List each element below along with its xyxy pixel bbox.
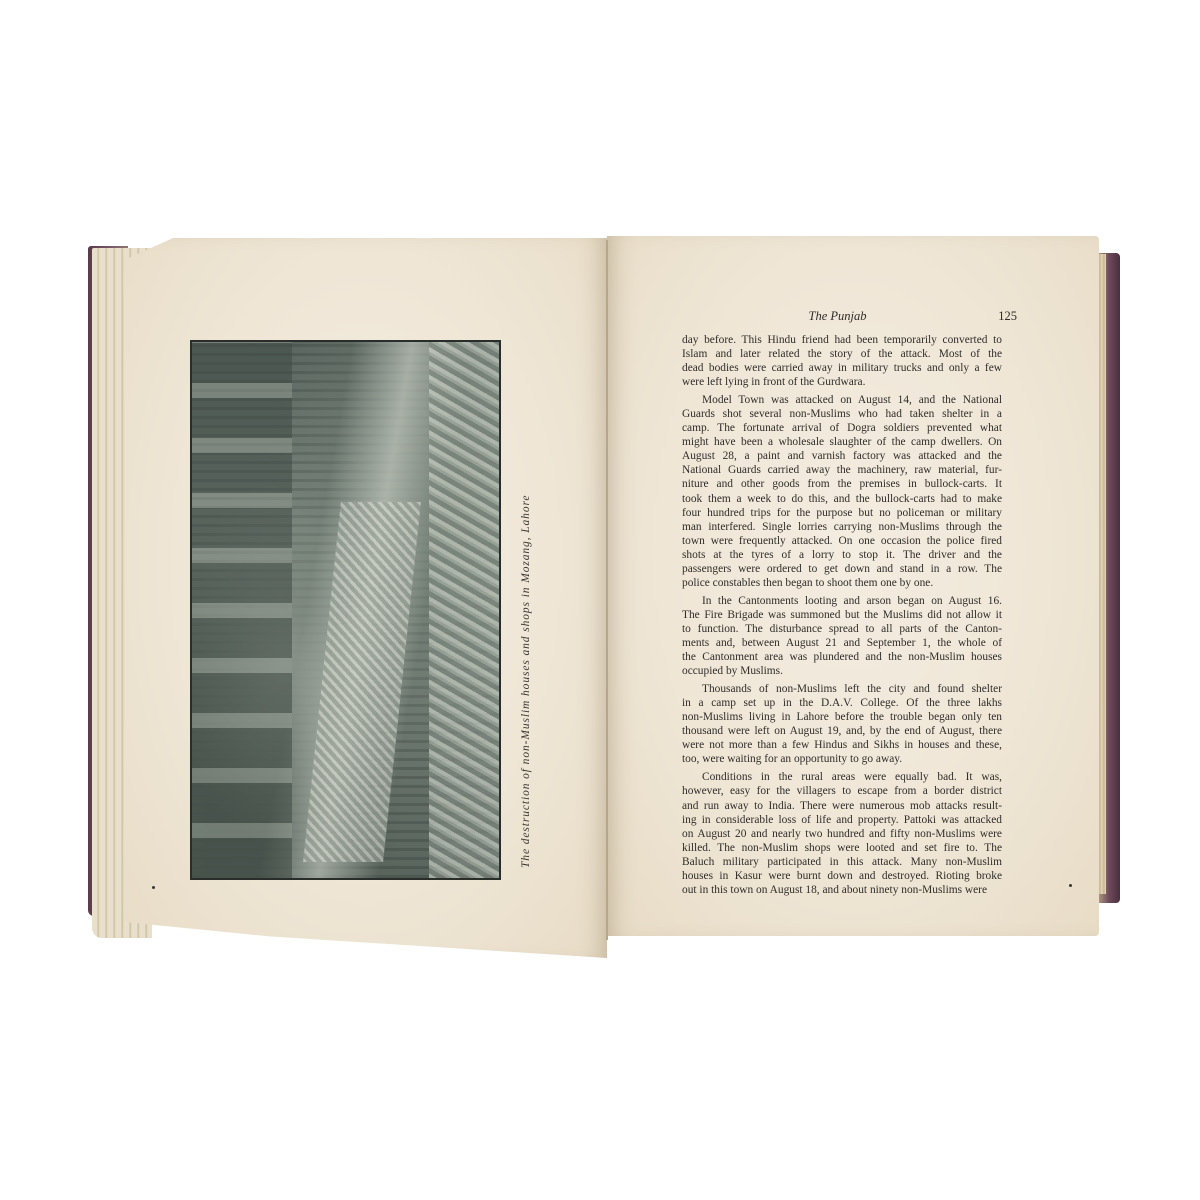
text-line: were left lying in front of the Gurdwara…	[682, 375, 1002, 389]
text-line: took them a week to do this, and the bul…	[682, 492, 1002, 506]
paragraph: Thousands of non-Muslims left the city a…	[682, 682, 1002, 766]
book-gutter	[606, 240, 608, 940]
text-line: National Guards carried away the machine…	[682, 463, 1002, 477]
photo-rubble-street	[303, 502, 421, 862]
text-line: camp. The fortunate arrival of Dogra sol…	[682, 421, 1002, 435]
text-line: non-Muslims living in Lahore before the …	[682, 710, 1002, 724]
text-line: might have been a wholesale slaughter of…	[682, 435, 1002, 449]
text-line: and run away to India. There were numero…	[682, 799, 1002, 813]
text-line: Islam and later related the story of the…	[682, 347, 1002, 361]
text-line: occupied by Muslims.	[682, 664, 1002, 678]
halftone-photograph	[190, 340, 501, 880]
text-line: Conditions in the rural areas were equal…	[682, 770, 1002, 784]
running-head-title: The Punjab	[655, 309, 1020, 324]
text-line: niture and other goods from the premises…	[682, 477, 1002, 491]
text-line: too, were waiting for an opportunity to …	[682, 752, 1002, 766]
text-line: man interfered. Single lorries carrying …	[682, 520, 1002, 534]
text-line: town were frequently attacked. On one oc…	[682, 534, 1002, 548]
paragraph: day before. This Hindu friend had been t…	[682, 333, 1002, 389]
paragraph: Conditions in the rural areas were equal…	[682, 770, 1002, 896]
text-line: passengers were ordered to get down and …	[682, 562, 1002, 576]
text-line: out in this town on August 18, and about…	[682, 883, 1002, 897]
body-text: day before. This Hindu friend had been t…	[682, 333, 1002, 897]
text-line: Model Town was attacked on August 14, an…	[682, 393, 1002, 407]
text-line: The Fire Brigade was summoned but the Mu…	[682, 608, 1002, 622]
text-line: four hundred trips for the purpose but n…	[682, 506, 1002, 520]
photo-rubble-pile	[429, 342, 499, 878]
text-line: however, easy for the villagers to escap…	[682, 784, 1002, 798]
page-mark-dot	[1069, 884, 1072, 887]
text-line: to function. The disturbance spread to a…	[682, 622, 1002, 636]
text-line: thousand were left on August 19, and, by…	[682, 724, 1002, 738]
text-line: killed. The non-Muslim shops were looted…	[682, 841, 1002, 855]
text-line: dead bodies were carried away in militar…	[682, 361, 1002, 375]
text-line: police constables then began to shoot th…	[682, 576, 1002, 590]
page-mark-dot	[152, 886, 155, 889]
text-line: In the Cantonments looting and arson beg…	[682, 594, 1002, 608]
photo-caption: The destruction of non-Muslim houses and…	[520, 495, 532, 868]
open-book: The destruction of non-Muslim houses and…	[0, 0, 1200, 1200]
text-line: ments and, between August 21 and Septemb…	[682, 636, 1002, 650]
text-line: the Cantonment area was plundered and th…	[682, 650, 1002, 664]
text-line: on August 20 and nearly two hundred and …	[682, 827, 1002, 841]
text-line: Guards shot several non-Muslims who had …	[682, 407, 1002, 421]
text-line: August 28, a paint and varnish factory w…	[682, 449, 1002, 463]
paragraph: In the Cantonments looting and arson beg…	[682, 594, 1002, 678]
text-line: were not more than a few Hindus and Sikh…	[682, 738, 1002, 752]
text-line: houses in Kasur were burnt down and dest…	[682, 869, 1002, 883]
running-head: The Punjab 125	[655, 309, 1020, 325]
paragraph: Model Town was attacked on August 14, an…	[682, 393, 1002, 590]
photo-ruined-wall	[192, 342, 292, 878]
text-line: Baluch military participated in this att…	[682, 855, 1002, 869]
text-line: ing in considerable loss of life and pro…	[682, 813, 1002, 827]
text-line: Thousands of non-Muslims left the city a…	[682, 682, 1002, 696]
page-number: 125	[998, 309, 1017, 324]
text-line: day before. This Hindu friend had been t…	[682, 333, 1002, 347]
text-line: in a camp set up in the D.A.V. College. …	[682, 696, 1002, 710]
text-line: shots at the tyres of a lorry to stop it…	[682, 548, 1002, 562]
